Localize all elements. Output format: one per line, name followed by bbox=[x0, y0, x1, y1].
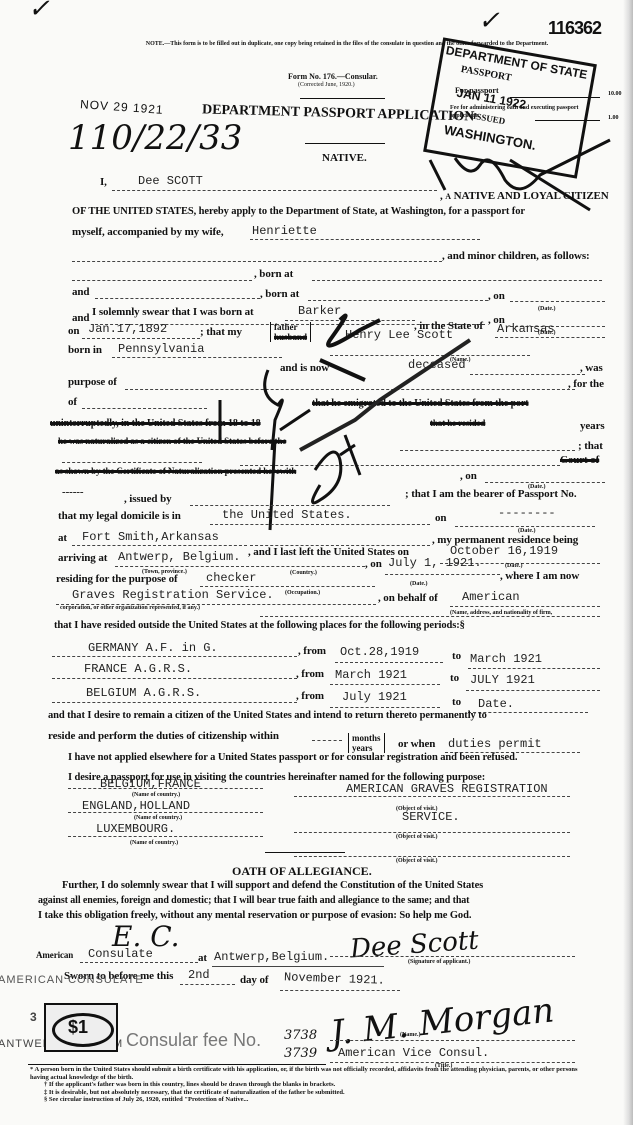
country-label: (Name of country.) bbox=[134, 815, 182, 821]
field-line bbox=[212, 966, 384, 967]
country-label: (Country.) bbox=[290, 570, 317, 576]
on-label: , on bbox=[365, 558, 382, 570]
employer-name: Graves Registration Service. bbox=[72, 588, 274, 602]
object-label: (Object of visit.) bbox=[396, 834, 438, 840]
field-line bbox=[52, 656, 297, 657]
field-line bbox=[95, 298, 260, 299]
field-line bbox=[312, 280, 602, 281]
handwritten-scribble bbox=[420, 120, 620, 220]
country-name: LUXEMBOURG. bbox=[96, 822, 175, 836]
residence-from: March 1921 bbox=[335, 668, 407, 682]
footnote: ‡ It is desirable, but not absolutely ne… bbox=[30, 1089, 580, 1097]
residence-to: March 1921 bbox=[470, 652, 542, 666]
intro-prefix: I, bbox=[100, 176, 107, 188]
residences-intro: that I have resided outside the United S… bbox=[54, 620, 465, 631]
field-line bbox=[180, 984, 235, 985]
fee-stamp: $1 bbox=[44, 1003, 118, 1052]
form-number: Form No. 176.—Consular. bbox=[288, 72, 378, 81]
wife-field-line bbox=[250, 239, 480, 240]
stamp-date: JAN 11 1922 bbox=[456, 86, 527, 112]
date-label: (Date.) bbox=[505, 563, 523, 569]
fee-stamp-value: $1 bbox=[68, 1017, 88, 1038]
birth-state: Arkansas bbox=[497, 322, 555, 336]
issued-by-label: , issued by bbox=[124, 493, 172, 505]
day-of-label: day of bbox=[240, 974, 268, 986]
born-at-label: , born at bbox=[260, 288, 299, 300]
where-text: , where I am now bbox=[500, 570, 579, 582]
officer-signature: J. M. Morgan bbox=[329, 990, 556, 1053]
behalf-text: , on behalf of bbox=[378, 592, 438, 604]
applicant-name: Dee SCOTT bbox=[138, 174, 203, 188]
oath-title: OATH OF ALLEGIANCE. bbox=[232, 864, 372, 879]
divider bbox=[300, 98, 385, 99]
was-label: , was bbox=[580, 362, 603, 374]
field-line bbox=[485, 482, 605, 483]
consulate-type: Consulate bbox=[88, 947, 153, 961]
to-label: to bbox=[452, 696, 461, 708]
left-us-text: , and I last left the United States on bbox=[248, 546, 409, 558]
from-label: , from bbox=[298, 645, 326, 657]
field-line bbox=[210, 524, 430, 525]
residence-from: July 1921 bbox=[342, 690, 407, 704]
name-field-line bbox=[112, 190, 437, 191]
return-condition: duties permit bbox=[448, 737, 542, 751]
field-line bbox=[294, 796, 570, 797]
field-line bbox=[280, 990, 400, 991]
field-line bbox=[72, 545, 247, 546]
that-label: ; that bbox=[578, 440, 603, 452]
signature-label: (Signature of applicant.) bbox=[408, 959, 470, 965]
sworn-day: 2nd bbox=[188, 968, 210, 982]
on-label: on bbox=[68, 325, 79, 337]
passport-number: ------ bbox=[62, 486, 83, 498]
apply-text: OF THE UNITED STATES, hereby apply to th… bbox=[72, 206, 525, 217]
employer-prefix: American bbox=[462, 590, 520, 604]
footnotes: * A person born in the United States sho… bbox=[30, 1066, 580, 1104]
field-line bbox=[510, 301, 605, 302]
to-label: to bbox=[452, 650, 461, 662]
residence-from: Oct.28,1919 bbox=[340, 645, 419, 659]
country-name: BELGIUM,FRANCE bbox=[100, 777, 201, 791]
field-line bbox=[260, 616, 600, 617]
born-at-label: , born at bbox=[254, 268, 293, 280]
residence-place: BELGIUM A.G.R.S. bbox=[86, 686, 201, 700]
divider bbox=[265, 852, 345, 853]
occupation-label: (Occupation.) bbox=[285, 590, 320, 596]
field-line bbox=[330, 1062, 575, 1063]
and-label: and bbox=[72, 312, 89, 324]
arrival-date: July 1, 1921. bbox=[388, 556, 482, 570]
months-years-bracket: months years bbox=[348, 733, 385, 753]
divider bbox=[305, 143, 385, 144]
officer-title: American Vice Consul. bbox=[338, 1046, 489, 1060]
footnote: † If the applicant's father was born in … bbox=[30, 1081, 580, 1089]
on-label: on bbox=[435, 512, 446, 524]
years-label: years bbox=[580, 420, 605, 432]
consular-fee-label: Consular fee No. bbox=[126, 1030, 261, 1051]
field-line bbox=[330, 684, 440, 685]
field-line bbox=[72, 280, 252, 281]
american-label: American bbox=[36, 950, 73, 960]
bearer-text: ; that I am the bearer of Passport No. bbox=[405, 488, 576, 500]
arriving-place: Antwerp, Belgium. bbox=[118, 550, 240, 564]
field-line bbox=[294, 856, 570, 857]
field-line bbox=[200, 586, 375, 587]
field-line bbox=[68, 836, 263, 837]
residence-place: GERMANY A.F. in G. bbox=[88, 641, 218, 655]
checkmark-right: ✓ bbox=[478, 6, 500, 36]
signature-line bbox=[330, 956, 575, 957]
at-label: at bbox=[58, 532, 67, 544]
passport-application-page: ✓ ✓ 116362 NOTE.—This form is to be fill… bbox=[0, 0, 633, 1125]
form-note: NOTE.—This form is to be filled out in d… bbox=[92, 40, 602, 48]
field-line bbox=[450, 606, 600, 607]
checkmark-left: ✓ bbox=[28, 0, 50, 24]
field-line bbox=[190, 505, 390, 506]
occupation: checker bbox=[206, 571, 256, 585]
field-line bbox=[294, 832, 570, 833]
and-label: and bbox=[72, 286, 89, 298]
footnote: § See circular instruction of July 26, 1… bbox=[30, 1096, 580, 1104]
received-date-stamp: NOV 29 1921 bbox=[80, 97, 164, 117]
field-line bbox=[335, 662, 443, 663]
wife-line-prefix: myself, accompanied by my wife, bbox=[72, 226, 224, 238]
citizen-text: , a NATIVE AND LOYAL CITIZEN bbox=[440, 190, 609, 202]
court-of-label: Court of bbox=[560, 454, 599, 466]
consulate-location: Antwerp,Belgium. bbox=[214, 950, 329, 964]
officer-name-label: (Name.) bbox=[400, 1032, 421, 1038]
field-line bbox=[52, 678, 297, 679]
intent-line1: and that I desire to remain a citizen of… bbox=[48, 710, 487, 721]
wife-name: Henriette bbox=[252, 224, 317, 238]
field-line bbox=[385, 574, 500, 575]
field-line bbox=[466, 690, 600, 691]
date-label: (Date.) bbox=[410, 581, 428, 587]
months-option: months bbox=[352, 733, 381, 743]
date-label: (Date.) bbox=[538, 306, 556, 312]
consulate-seal-line1: AMERICAN CONSULATE bbox=[0, 974, 144, 986]
oath-line1: Further, I do solemnly swear that I will… bbox=[62, 880, 483, 891]
country-label: (Name of country.) bbox=[132, 792, 180, 798]
field-line bbox=[495, 337, 605, 338]
domicile-text: that my legal domicile is in bbox=[58, 510, 181, 522]
on-label: , on bbox=[488, 290, 505, 302]
issued-on-date: -------- bbox=[498, 506, 556, 520]
page-subtitle: NATIVE. bbox=[322, 152, 367, 164]
born-in-label: born in bbox=[68, 344, 102, 356]
at-label: at bbox=[198, 952, 207, 964]
residing-text: residing for the purpose of bbox=[56, 573, 178, 585]
field-line bbox=[115, 566, 365, 567]
field-line bbox=[468, 668, 600, 669]
consulate-seal-number: 3 bbox=[30, 1010, 37, 1024]
residence-place: FRANCE A.G.R.S. bbox=[84, 662, 192, 676]
from-label: , from bbox=[296, 690, 324, 702]
object-of-visit: AMERICAN GRAVES REGISTRATION bbox=[346, 782, 548, 796]
oath-line3: I take this obligation freely, without a… bbox=[38, 910, 471, 921]
sworn-month-year: November 1921. bbox=[284, 970, 385, 988]
country-label: (Name of country.) bbox=[130, 840, 178, 846]
intent-line2: reside and perform the duties of citizen… bbox=[48, 730, 279, 742]
arriving-label: arriving at bbox=[58, 552, 107, 564]
from-label: , from bbox=[296, 668, 324, 680]
form-corrected: (Corrected June, 1920.) bbox=[298, 82, 355, 88]
date-label: (Date.) bbox=[528, 484, 546, 490]
purpose-of-label: purpose of bbox=[68, 376, 117, 388]
page-edge bbox=[623, 0, 633, 1125]
residence-to: Date. bbox=[478, 697, 514, 711]
fee-number-1: 3738 bbox=[284, 1028, 317, 1043]
for-the-label: , for the bbox=[568, 378, 604, 390]
domicile: the United States. bbox=[222, 508, 352, 522]
permanent-residence: Fort Smith,Arkansas bbox=[82, 530, 219, 544]
field-line bbox=[470, 374, 585, 375]
serial-number: 116362 bbox=[548, 18, 601, 39]
fee-passport-amount: 10.00 bbox=[608, 91, 622, 97]
not-applied-statement: I have not applied elsewhere for a Unite… bbox=[68, 752, 517, 763]
oath-line2: against all enemies, foreign and domesti… bbox=[38, 895, 469, 906]
field-line bbox=[330, 1040, 575, 1041]
divider bbox=[28, 1064, 326, 1065]
object-of-visit: SERVICE. bbox=[402, 810, 460, 824]
corp-label: corporation, or other organization repre… bbox=[60, 605, 200, 611]
birth-date: Jan.17,1892 bbox=[88, 322, 167, 336]
handwritten-signature-overlay bbox=[180, 300, 480, 540]
object-label: (Object of visit.) bbox=[396, 858, 438, 864]
to-label: to bbox=[450, 672, 459, 684]
field-line bbox=[455, 526, 595, 527]
field-line bbox=[312, 740, 342, 741]
of-label: of bbox=[68, 396, 77, 408]
handwritten-file-number: 110/22/33 bbox=[68, 118, 242, 158]
residence-to: JULY 1921 bbox=[470, 673, 535, 687]
minor-children-text: , and minor children, as follows: bbox=[442, 250, 590, 262]
footnote: * A person born in the United States sho… bbox=[30, 1066, 580, 1081]
fee-number-2: 3739 bbox=[284, 1046, 317, 1061]
field-line bbox=[80, 962, 198, 963]
country-name: ENGLAND,HOLLAND bbox=[82, 799, 190, 813]
or-when-label: or when bbox=[398, 738, 435, 750]
field-line bbox=[330, 707, 440, 708]
field-line bbox=[52, 702, 297, 703]
field-line bbox=[72, 261, 442, 262]
